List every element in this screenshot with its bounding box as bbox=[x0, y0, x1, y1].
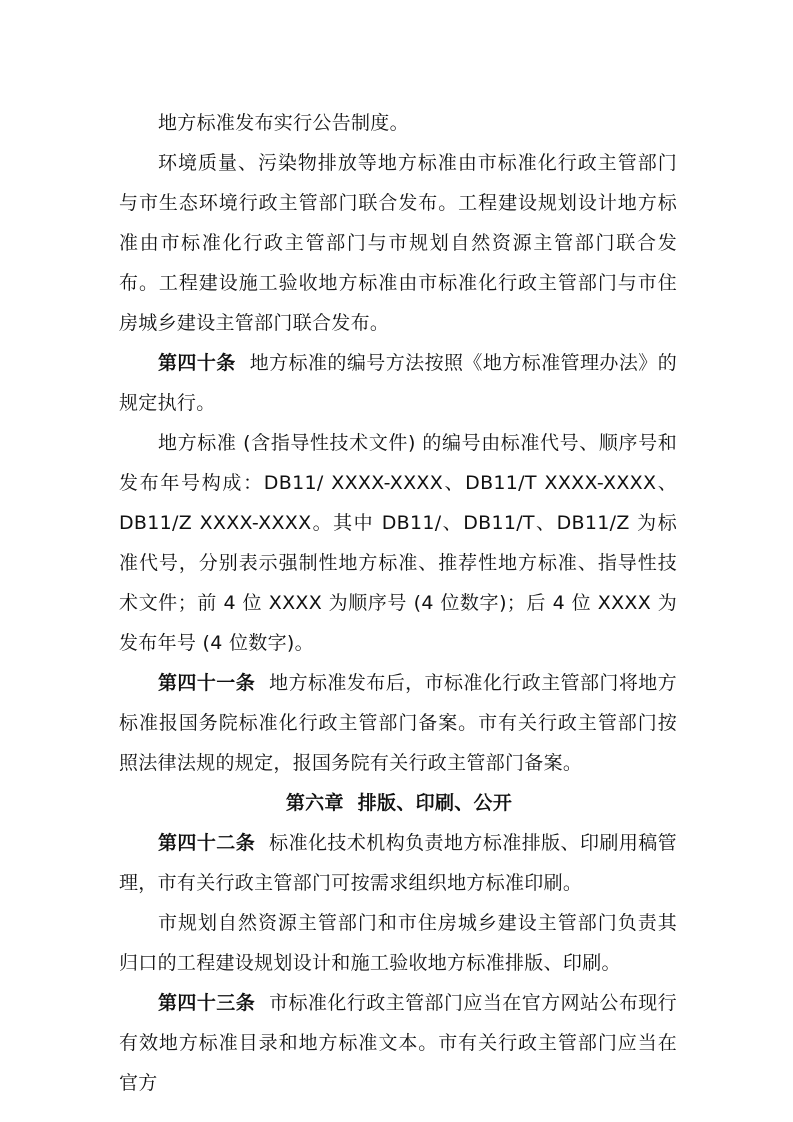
article-number: 第四十一条 bbox=[158, 672, 255, 694]
paragraph-text: 环境质量、污染物排放等地方标准由市标准化行政主管部门与市生态环境行政主管部门联合… bbox=[119, 152, 677, 334]
chapter-title: 排版、印刷、公开 bbox=[358, 792, 512, 814]
paragraph-text: 市规划自然资源主管部门和市住房城乡建设主管部门负责其归口的工程建设规划设计和施工… bbox=[119, 912, 677, 974]
paragraph-text: 地方标准 (含指导性技术文件) 的编号由标准代号、顺序号和发布年号构成：DB11… bbox=[119, 432, 677, 654]
document-page: 地方标准发布实行公告制度。 环境质量、污染物排放等地方标准由市标准化行政主管部门… bbox=[119, 103, 677, 1103]
article-42: 第四十二条标准化技术机构负责地方标准排版、印刷用稿管理，市有关行政主管部门可按需… bbox=[119, 823, 677, 903]
paragraph-numbering: 地方标准 (含指导性技术文件) 的编号由标准代号、顺序号和发布年号构成：DB11… bbox=[119, 423, 677, 663]
paragraph-announcement: 地方标准发布实行公告制度。 bbox=[119, 103, 677, 143]
article-41: 第四十一条地方标准发布后，市标准化行政主管部门将地方标准报国务院标准化行政主管部… bbox=[119, 663, 677, 783]
article-number: 第四十条 bbox=[158, 352, 236, 374]
article-43: 第四十三条市标准化行政主管部门应当在官方网站公布现行有效地方标准目录和地方标准文… bbox=[119, 983, 677, 1103]
article-number: 第四十三条 bbox=[158, 992, 255, 1014]
article-40: 第四十条地方标准的编号方法按照《地方标准管理办法》的规定执行。 bbox=[119, 343, 677, 423]
paragraph-printing: 市规划自然资源主管部门和市住房城乡建设主管部门负责其归口的工程建设规划设计和施工… bbox=[119, 903, 677, 983]
chapter-number: 第六章 bbox=[286, 792, 344, 814]
chapter-heading: 第六章排版、印刷、公开 bbox=[120, 783, 678, 823]
article-number: 第四十二条 bbox=[158, 832, 255, 854]
paragraph-text: 地方标准发布实行公告制度。 bbox=[158, 112, 409, 134]
paragraph-joint-release: 环境质量、污染物排放等地方标准由市标准化行政主管部门与市生态环境行政主管部门联合… bbox=[119, 143, 677, 343]
